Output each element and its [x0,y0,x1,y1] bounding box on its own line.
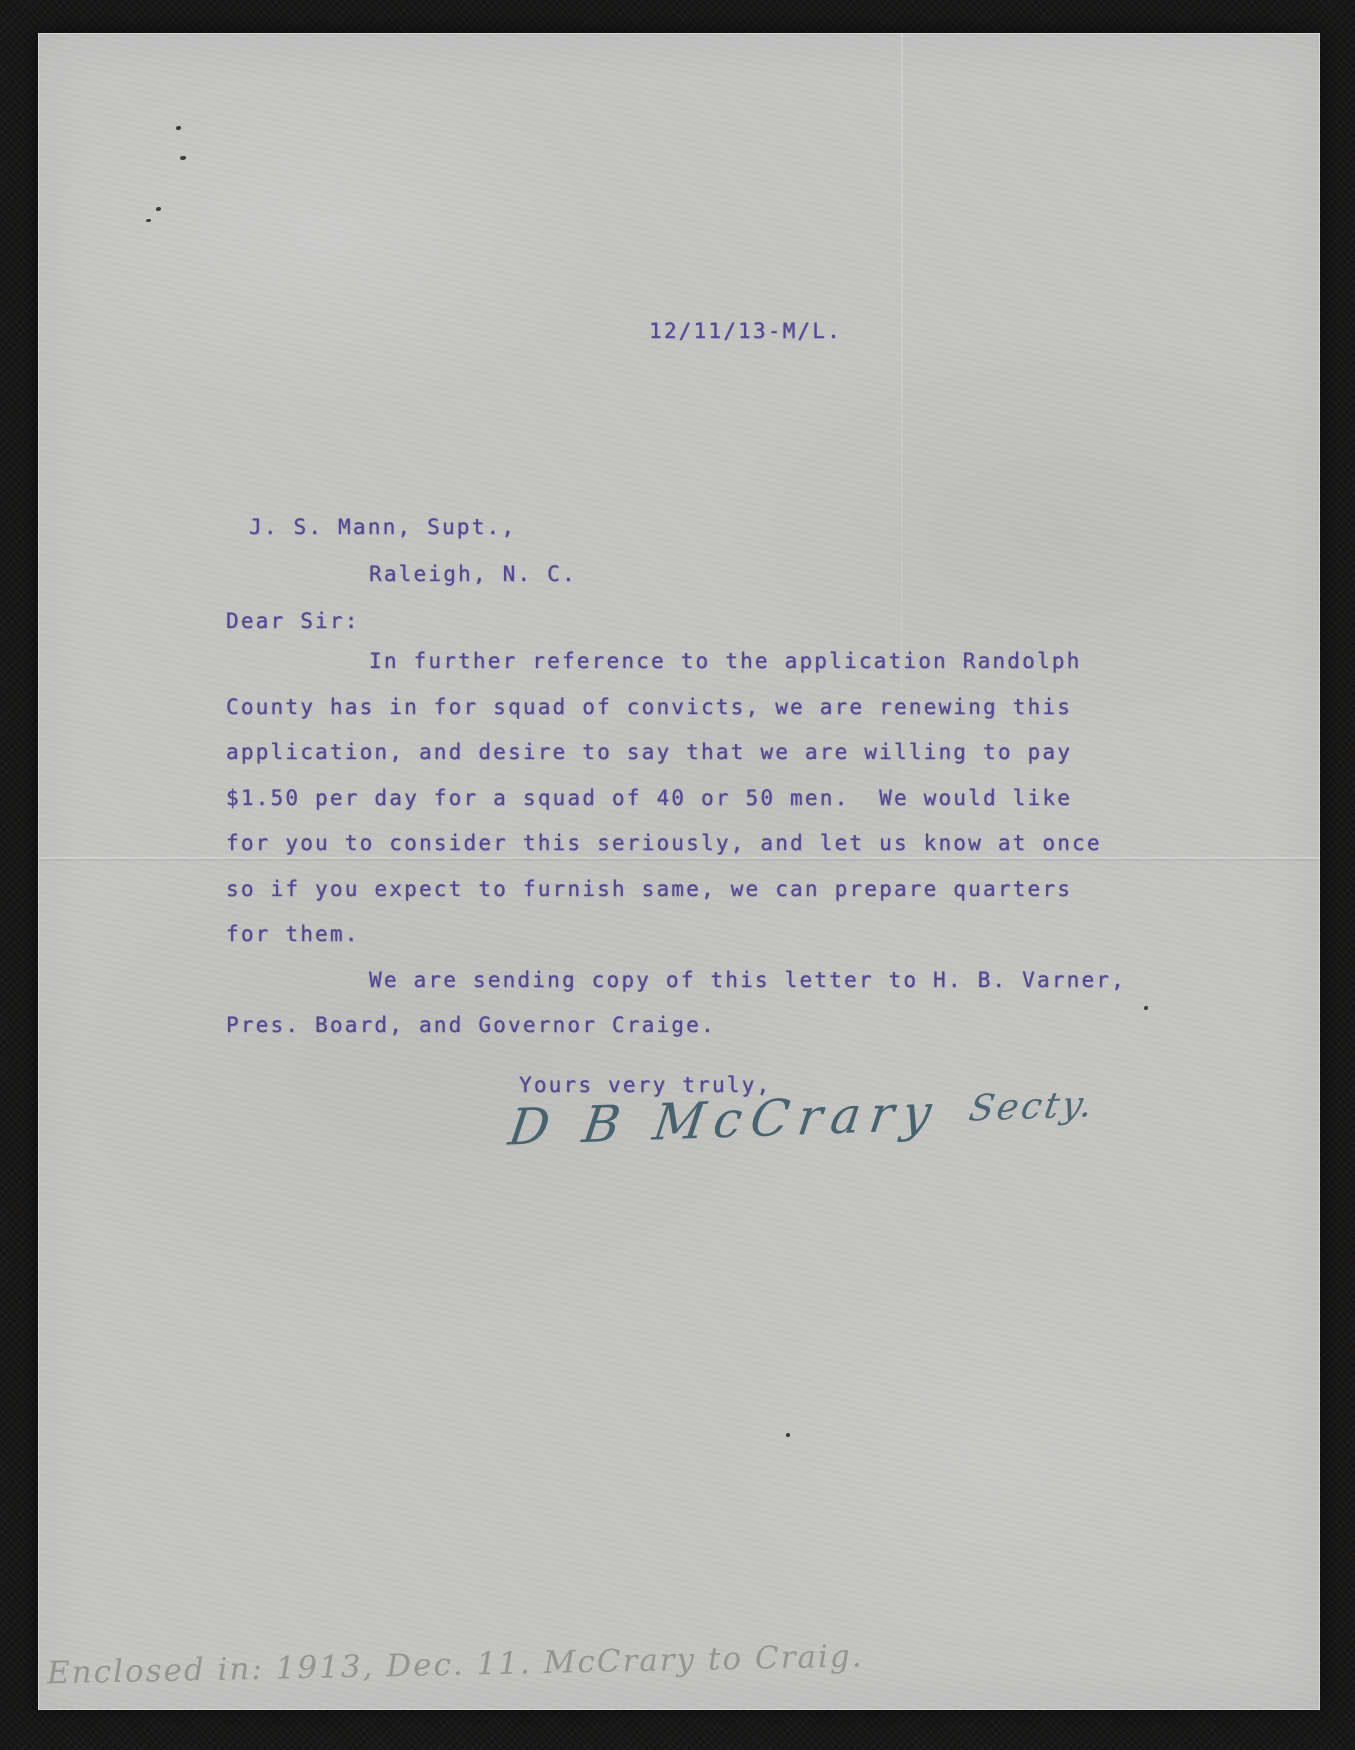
paper-speck [1144,1006,1148,1010]
body-line: for you to consider this seriously, and … [226,831,1126,877]
body-line: application, and desire to say that we a… [226,740,1126,786]
pencil-archival-note: Enclosed in: 1913, Dec. 11. McCrary to C… [47,1637,948,1692]
recipient-city-line: Raleigh, N. C. [369,562,577,586]
paper-speck [180,156,186,160]
body-line: County has in for squad of convicts, we … [226,695,1126,741]
date-line: 12/11/13-M/L. [649,319,842,343]
body-line: In further reference to the application … [226,649,1126,695]
paper-speck [146,219,151,222]
paper-speck [156,207,161,211]
body-line: Pres. Board, and Governor Craige. [226,1013,1126,1059]
paper-speck [786,1433,790,1437]
signature-title: Secty. [966,1084,1099,1130]
body-line: We are sending copy of this letter to H.… [226,968,1126,1014]
body-line: for them. [226,922,1126,968]
body-line: so if you expect to furnish same, we can… [226,877,1126,923]
letter-page: 12/11/13-M/L. J. S. Mann, Supt., Raleigh… [38,33,1320,1710]
salutation: Dear Sir: [226,609,360,633]
letter-body: In further reference to the application … [226,649,1126,1059]
paper-speck [176,126,181,130]
scan-background: 12/11/13-M/L. J. S. Mann, Supt., Raleigh… [0,0,1355,1750]
body-line: $1.50 per day for a squad of 40 or 50 me… [226,786,1126,832]
recipient-name-line: J. S. Mann, Supt., [249,515,516,539]
